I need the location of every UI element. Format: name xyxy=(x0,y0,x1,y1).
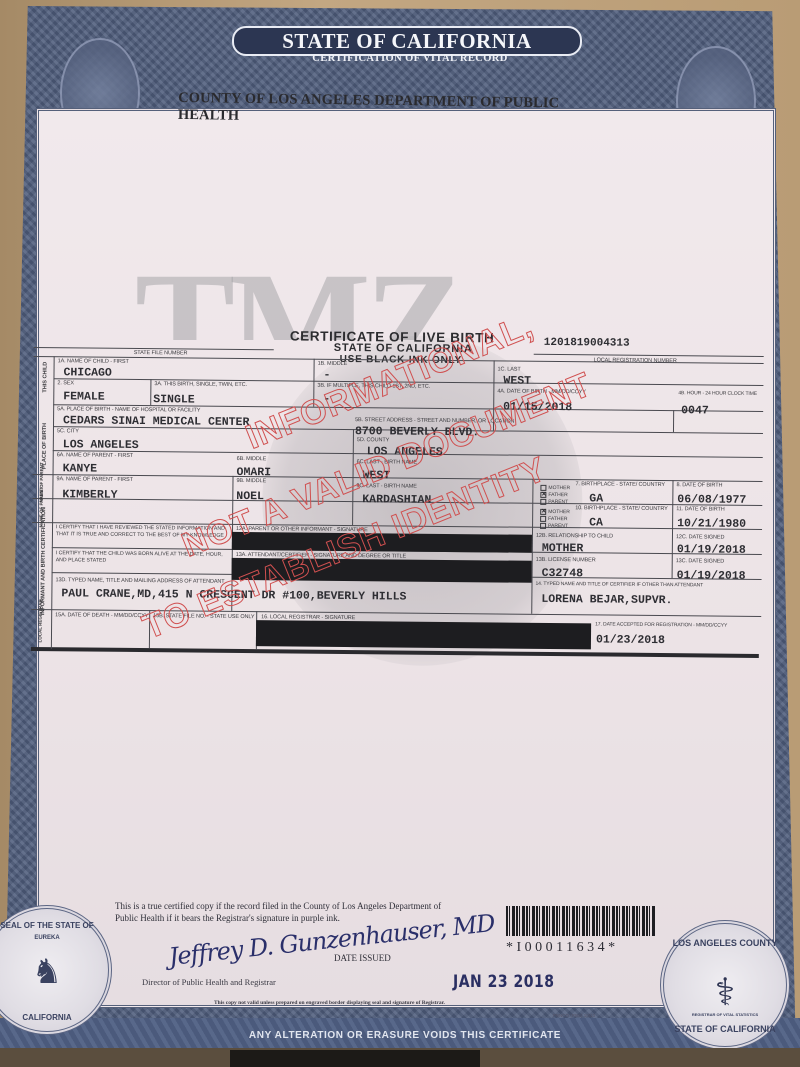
seal-top-text: LOS ANGELES COUNTY xyxy=(664,938,786,948)
date-issued-label: DATE ISSUED xyxy=(334,953,391,963)
local-registration-number: 1201819004313 xyxy=(544,337,630,350)
checkbox-label: FATHER xyxy=(548,492,567,498)
redacted-registrar-signature xyxy=(256,620,591,649)
parent2-birthplace: CA xyxy=(589,516,603,529)
caduceus-icon: ⚕ xyxy=(715,970,736,1015)
minerva-icon: ♞ xyxy=(32,952,62,992)
rule xyxy=(51,356,55,649)
parent2-middle-label: 9B. MIDDLE xyxy=(236,478,266,484)
child-middle-name-label: 1B. MIDDLE xyxy=(318,361,348,367)
shadow-object xyxy=(230,1050,480,1067)
certifier-value: LORENA BEJAR,SUPVR. xyxy=(541,593,672,607)
certification-subtitle: CERTIFICATION OF VITAL RECORD xyxy=(290,53,530,67)
birth-hour: 0047 xyxy=(681,404,709,417)
parent1-dob-label: 8. DATE OF BIRTH xyxy=(676,482,722,488)
checkbox-label: PARENT xyxy=(548,499,568,505)
informant-date-label: 12C. DATE SIGNED xyxy=(676,534,724,540)
relationship-value: MOTHER xyxy=(542,542,584,555)
seal-top-text: SEAL OF THE STATE OF xyxy=(0,921,108,930)
city-label: 5C. CITY xyxy=(57,428,79,434)
parent2-father-checkbox[interactable] xyxy=(540,516,546,522)
accepted-date: 01/23/2018 xyxy=(596,633,665,647)
checkbox-label: MOTHER xyxy=(548,509,570,515)
parent1-birthplace-label: 7. BIRTHPLACE - STATE/ COUNTRY xyxy=(575,481,665,488)
seal-middle-text: REGISTRAR OF VITAL STATISTICS xyxy=(664,1012,786,1017)
attendant-date-label: 13C. DATE SIGNED xyxy=(676,558,724,564)
checkbox-label: FATHER xyxy=(548,516,567,522)
barcode xyxy=(506,906,656,936)
date-issued-stamp: JAN 23 2018 xyxy=(453,972,554,991)
state-banner: STATE OF CALIFORNIA xyxy=(232,26,582,56)
parent2-dob-label: 11. DATE OF BIRTH xyxy=(676,506,724,512)
not-valid-note: This copy not valid unless prepared on e… xyxy=(214,1000,445,1006)
parent1-dob: 06/08/1977 xyxy=(677,493,746,507)
parent2-birthplace-label: 10. BIRTHPLACE - STATE/ COUNTRY xyxy=(575,505,668,512)
state-file-number-label: STATE FILE NUMBER xyxy=(134,350,188,357)
director-label: Director of Public Health and Registrar xyxy=(142,977,276,987)
seal-bottom-text: CALIFORNIA xyxy=(0,1013,108,1022)
seal-bottom-text: STATE OF CALIFORNIA xyxy=(664,1024,786,1034)
facility-label: 5A. PLACE OF BIRTH - NAME OF HOSPITAL OR… xyxy=(57,406,200,413)
los-angeles-county-seal: LOS ANGELES COUNTY ⚕ REGISTRAR OF VITAL … xyxy=(660,920,790,1050)
birth-type-value: SINGLE xyxy=(153,393,195,406)
hour-label: 4B. HOUR - 24 HOUR CLOCK TIME xyxy=(678,390,757,397)
birth-type-label: 3A. THIS BIRTH, SINGLE, TWIN, ETC. xyxy=(154,381,247,388)
sex-label: 2. SEX xyxy=(57,380,74,386)
parent2-mother-checkbox[interactable]: ✕ xyxy=(540,509,546,515)
rule xyxy=(534,354,764,357)
child-last-name-label: 1C. LAST xyxy=(498,366,521,372)
rule xyxy=(150,379,151,405)
death-date-label: 15A. DATE OF DEATH - MM/DD/CCYY xyxy=(55,612,148,619)
county-title: COUNTY OF LOS ANGELES DEPARTMENT OF PUBL… xyxy=(178,90,623,130)
parent2-parent-checkbox[interactable] xyxy=(540,523,546,529)
parent1-father-checkbox[interactable]: ✕ xyxy=(540,492,546,498)
child-first-name: CHICAGO xyxy=(63,366,111,379)
section-local-registrar: LOCAL REGISTRAR xyxy=(38,607,43,643)
license-label: 13B. LICENSE NUMBER xyxy=(536,557,596,564)
parent1-first-label: 6A. NAME OF PARENT - FIRST xyxy=(57,452,133,459)
parent2-first-label: 9A. NAME OF PARENT - FIRST xyxy=(56,476,132,483)
alteration-warning: ANY ALTERATION OR ERASURE VOIDS THIS CER… xyxy=(245,1030,565,1041)
accepted-date-label: 17. DATE ACCEPTED FOR REGISTRATION - MM/… xyxy=(595,621,727,628)
checkbox-label: PARENT xyxy=(548,523,568,529)
california-state-seal: SEAL OF THE STATE OF EUREKA ♞ CALIFORNIA xyxy=(0,905,112,1035)
facility-value: CEDARS SINAI MEDICAL CENTER xyxy=(63,414,249,429)
parent2-dob: 10/21/1980 xyxy=(677,517,746,531)
attendant-typed-name-label: 13D. TYPED NAME, TITLE AND MAILING ADDRE… xyxy=(55,577,224,585)
parent1-first: KANYE xyxy=(63,462,98,475)
child-last-name: WEST xyxy=(503,375,531,388)
section-this-child: THIS CHILD xyxy=(42,357,48,397)
child-middle-name: - xyxy=(323,369,330,382)
rule xyxy=(673,410,674,432)
informant-date-signed: 01/19/2018 xyxy=(677,543,746,557)
relationship-label: 12B. RELATIONSHIP TO CHILD xyxy=(536,533,613,540)
license-value: C32748 xyxy=(542,567,584,580)
barcode-number: *I00011634* xyxy=(506,940,619,956)
county-label: 5D. COUNTY xyxy=(357,437,389,443)
parent1-birthplace: GA xyxy=(589,492,603,505)
city-value: LOS ANGELES xyxy=(63,438,139,452)
certifier-label: 14. TYPED NAME AND TITLE OF CERTIFIER IF… xyxy=(535,581,703,589)
parent2-first: KIMBERLY xyxy=(62,488,117,502)
sex-value: FEMALE xyxy=(63,390,105,403)
attendant-date-signed: 01/19/2018 xyxy=(677,569,746,583)
parent1-middle-label: 6B. MIDDLE xyxy=(237,456,267,462)
child-first-name-label: 1A. NAME OF CHILD - FIRST xyxy=(58,358,129,365)
parent1-parent-checkbox[interactable] xyxy=(540,499,546,505)
seal-motto: EUREKA xyxy=(0,935,108,941)
